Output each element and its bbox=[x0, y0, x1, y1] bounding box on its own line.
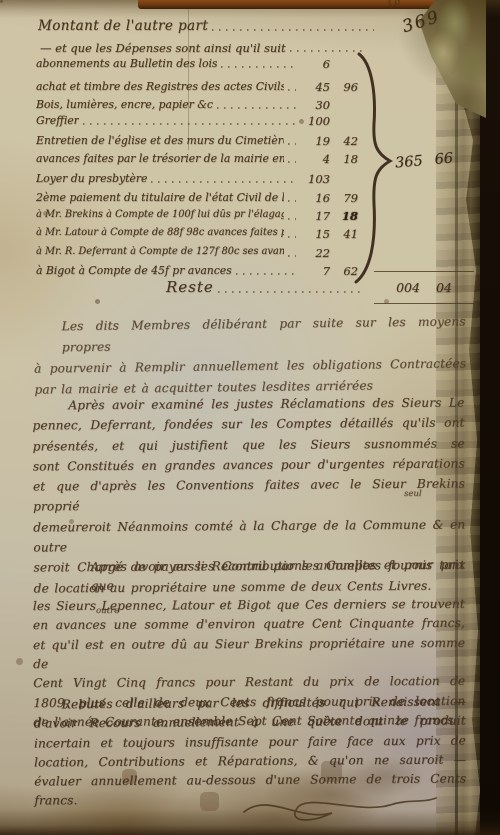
ledger-row: achat et timbre des Registres des actes … bbox=[36, 80, 358, 94]
leader-dots bbox=[288, 218, 296, 220]
paragraph-line: et que d'après les Conventions faites av… bbox=[33, 474, 465, 518]
ledger-title: Montant de l'autre part bbox=[38, 18, 208, 34]
leader-dots bbox=[288, 255, 296, 257]
amount-francs: 100 bbox=[300, 114, 330, 128]
ledger-row: avances faites par le trésorier de la ma… bbox=[36, 152, 358, 166]
amount-francs: 45 bbox=[300, 80, 330, 94]
row-label: 2ème paiement du titulaire de l'état Civ… bbox=[36, 191, 284, 205]
interline-insertion: seul bbox=[404, 489, 422, 499]
ledger-row: à Mr. Latour à Compte de 88f 98c avances… bbox=[36, 227, 358, 241]
ledger-row: 2ème paiement du titulaire de l'état Civ… bbox=[36, 191, 358, 205]
amount-francs: 30 bbox=[300, 98, 330, 112]
ledger-row: abonnements au Bulletin des lois6 bbox=[36, 57, 358, 71]
paragraph-line: en avances une somme d'environ quatre Ce… bbox=[33, 614, 465, 636]
leader-dots bbox=[288, 143, 296, 145]
row-label: Greffier bbox=[36, 114, 79, 128]
leader-dots bbox=[288, 236, 296, 238]
row-label: abonnements au Bulletin des lois bbox=[36, 57, 217, 71]
paragraph-line: et qu'il est en outre dû au Sieur Brekin… bbox=[33, 633, 465, 674]
amount-francs: 4 bbox=[300, 152, 330, 166]
paragraph-line: pennec, Deferrant, fondées sur les Compt… bbox=[32, 413, 464, 436]
reste-francs: 004 bbox=[396, 280, 420, 295]
amount-francs: 15 bbox=[300, 227, 330, 241]
paragraph-line: présentés, et qui justifient que les Sie… bbox=[33, 433, 465, 456]
row-label: Loyer du presbytère bbox=[36, 172, 147, 186]
leader-dots bbox=[83, 123, 296, 125]
paragraph-line: Les dits Membres délibérant par suite su… bbox=[34, 311, 466, 358]
brace-icon bbox=[351, 52, 399, 290]
total-francs: 365 bbox=[394, 153, 423, 171]
ledger-row: Bois, lumières, encre, papier &c30 bbox=[36, 98, 358, 112]
paragraph-line: demeureroit Néanmoins comté à la Charge … bbox=[33, 514, 465, 558]
leader-dots bbox=[288, 200, 296, 202]
manuscript-page-photo: Lo 369 Montant de l'autre part — et que … bbox=[0, 0, 500, 835]
leader-dots bbox=[218, 291, 362, 293]
amount-francs: 16 bbox=[300, 191, 330, 205]
paragraph-line: d'avoir Recours annuellement à une quête… bbox=[34, 712, 466, 734]
reste-centimes: 04 bbox=[436, 280, 452, 295]
amount-francs: 103 bbox=[300, 172, 330, 186]
leader-dots bbox=[288, 161, 296, 163]
ledger-subtitle: — et que les Dépenses sont ainsi qu'il s… bbox=[40, 41, 286, 55]
leader-dots bbox=[217, 107, 296, 109]
amount-francs: 7 bbox=[300, 264, 330, 278]
row-label: Entretien de l'église et des murs du Cim… bbox=[36, 134, 284, 148]
row-label: avances faites par le trésorier de la ma… bbox=[36, 152, 284, 166]
ink-smudge bbox=[250, 745, 430, 835]
reste-label: Reste bbox=[36, 278, 214, 296]
row-label: à Mr. Brekins à Compte de 100f lui dûs p… bbox=[36, 209, 284, 223]
ledger-row: à Mr. Brekins à Compte de 100f lui dûs p… bbox=[36, 209, 358, 223]
reste-row: Reste bbox=[36, 278, 366, 296]
ledger-row: Greffier100 bbox=[36, 114, 358, 128]
leader-dots bbox=[221, 66, 296, 68]
reste-total-box: 004 04 bbox=[374, 271, 474, 304]
paragraph-line: Après avoir aussi Reconnu par les Compte… bbox=[33, 556, 465, 597]
ledger-row: à Mr. R. Deferrant à Compte de 127f 80c … bbox=[36, 246, 358, 260]
row-label: à Bigot à Compte de 45f pr avances bbox=[36, 264, 232, 278]
book-binding-edge bbox=[138, 0, 468, 9]
leader-dots bbox=[236, 273, 296, 275]
ledger-row: à Bigot à Compte de 45f pr avances762 bbox=[36, 264, 358, 278]
row-label: Bois, lumières, encre, papier &c bbox=[36, 98, 213, 112]
total-centimes: 66 bbox=[434, 150, 454, 168]
row-label: à Mr. R. Deferrant à Compte de 127f 80c … bbox=[36, 246, 284, 260]
interline-insertion: outre bbox=[96, 606, 119, 616]
ledger-row: Entretien de l'église et des murs du Cim… bbox=[36, 134, 358, 148]
paragraph-line: Cent Vingt Cinq francs pour Restant du p… bbox=[33, 672, 465, 694]
paragraph-deliberation: Les dits Membres délibérant par suite su… bbox=[34, 311, 467, 400]
amount-francs: 22 bbox=[300, 246, 330, 260]
paper-stains bbox=[0, 0, 3, 3]
leader-dots bbox=[151, 181, 296, 183]
amount-francs: 19 bbox=[300, 134, 330, 148]
amount-francs: 17 bbox=[300, 209, 330, 223]
ledger-subtitle-row: — et que les Dépenses sont ainsi qu'il s… bbox=[40, 41, 370, 55]
leader-dots bbox=[288, 89, 296, 91]
ledger-title-row: Montant de l'autre part bbox=[38, 18, 378, 34]
leader-dots bbox=[212, 29, 374, 31]
ledger-row: Loyer du presbytère103 bbox=[36, 172, 358, 186]
row-label: achat et timbre des Registres des actes … bbox=[36, 80, 284, 94]
amount-francs: 6 bbox=[300, 57, 330, 71]
row-label: à Mr. Latour à Compte de 88f 98c avances… bbox=[36, 227, 284, 241]
